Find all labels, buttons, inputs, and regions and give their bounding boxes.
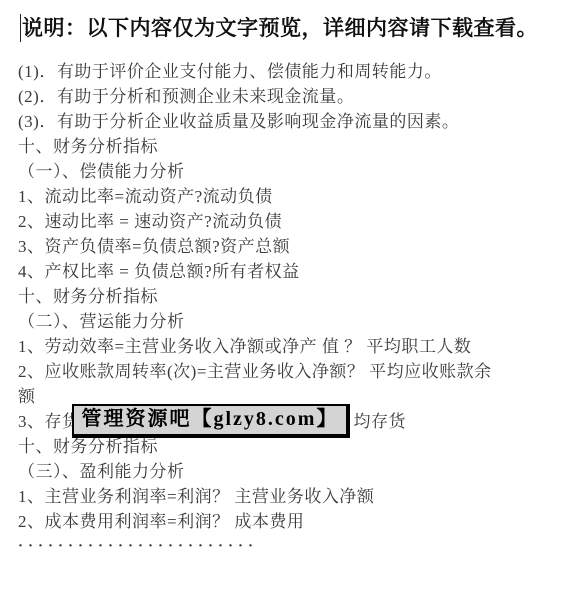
covered-line-right-fragment: 均存货 — [353, 409, 406, 434]
document-preview-page: 说明：以下内容仅为文字预览，详细内容请下载查看。 (1)．有助于评价企业支付能力… — [0, 0, 578, 600]
text-line: （三）、盈利能力分析 — [18, 459, 578, 484]
document-body: (1)．有助于评价企业支付能力、偿债能力和周转能力。 (2)．有助于分析和预测企… — [18, 59, 578, 559]
text-line-with-watermark: 3、存货 管理资源吧【glzy8.com】 均存货 — [18, 409, 578, 434]
text-line: (3)．有助于分析企业收益质量及影响现金净流量的因素。 — [18, 109, 578, 134]
watermark-badge: 管理资源吧【glzy8.com】 — [72, 404, 351, 438]
text-line: 1、劳动效率=主营业务收入净额或净产 值 ？ 平均职工人数 — [18, 334, 578, 359]
covered-line-left-fragment: 3、存货 — [18, 409, 80, 434]
text-line: 十、财务分析指标 — [18, 134, 578, 159]
text-line: 3、资产负债率=负债总额?资产总额 — [18, 234, 578, 259]
text-line: 2、应收账款周转率(次)=主营业务收入净额？ 平均应收账款余 — [18, 359, 578, 384]
text-line: 2、速动比率 = 速动资产?流动负债 — [18, 209, 578, 234]
text-line: (2)．有助于分析和预测企业未来现金流量。 — [18, 84, 578, 109]
preview-notice-header: 说明：以下内容仅为文字预览，详细内容请下载查看。 — [22, 14, 578, 42]
ellipsis-line: ························ — [18, 534, 578, 559]
text-line: 十、财务分析指标 — [18, 434, 578, 459]
text-line: 4、产权比率 = 负债总额?所有者权益 — [18, 259, 578, 284]
text-line: 1、流动比率=流动资产?流动负债 — [18, 184, 578, 209]
text-line: (1)．有助于评价企业支付能力、偿债能力和周转能力。 — [18, 59, 578, 84]
text-line: （一）、偿债能力分析 — [18, 159, 578, 184]
text-line: 十、财务分析指标 — [18, 284, 578, 309]
text-line: （二）、营运能力分析 — [18, 309, 578, 334]
text-line: 1、主营业务利润率=利润？ 主营业务收入净额 — [18, 484, 578, 509]
text-line: 2、成本费用利润率=利润？ 成本费用 — [18, 509, 578, 534]
text-cursor — [20, 14, 21, 42]
